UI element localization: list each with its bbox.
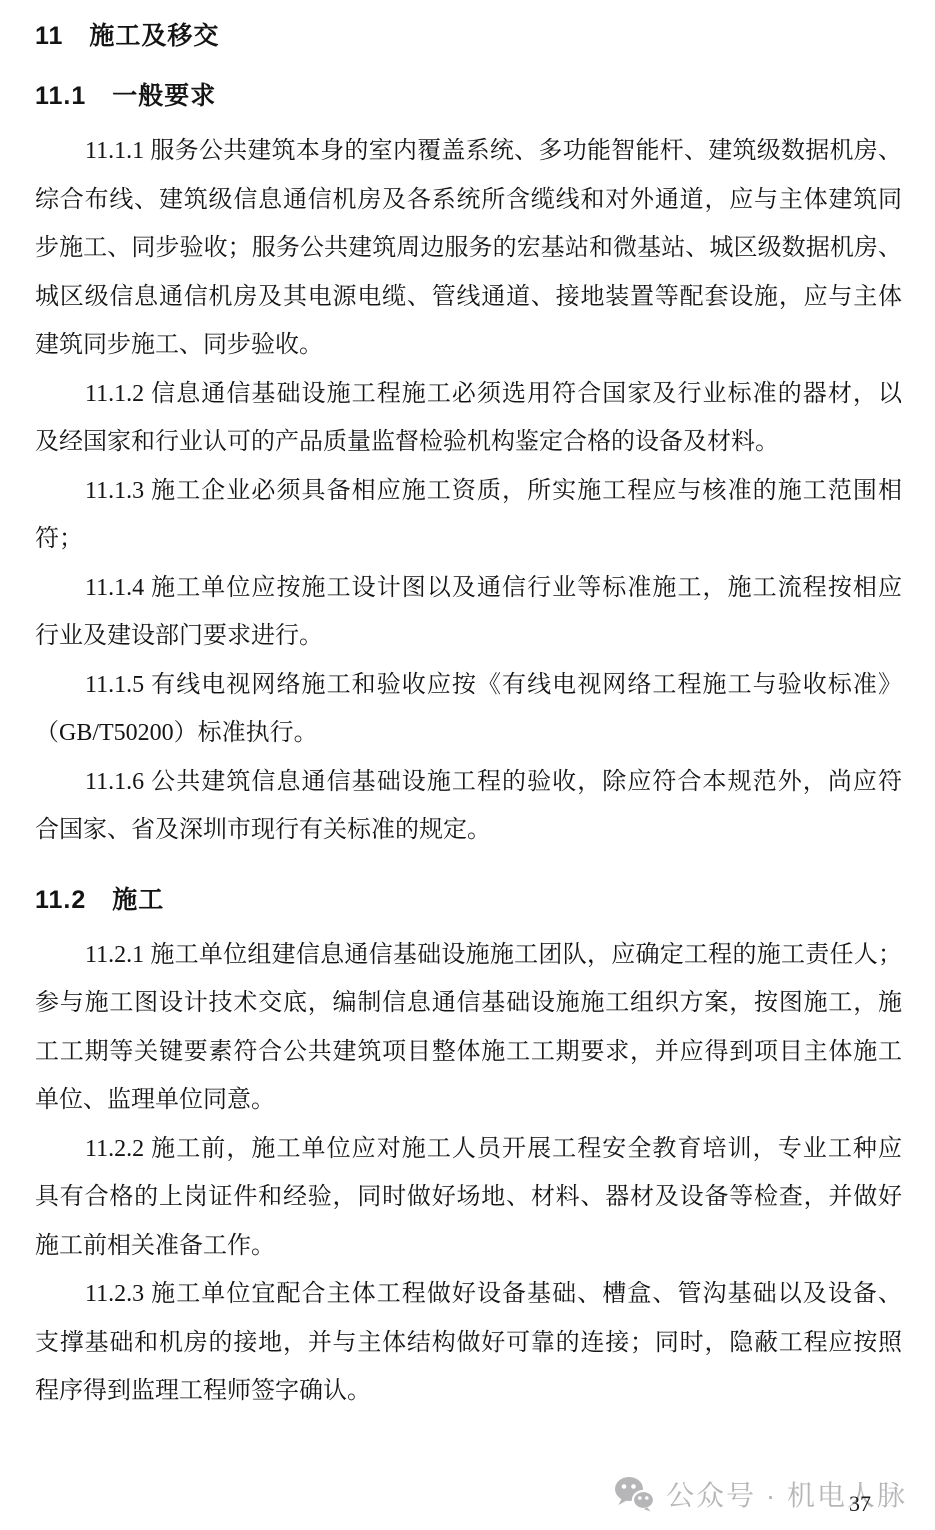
page-number: 37 [849,1491,871,1517]
paragraph-line: 步施工、同步验收；服务公共建筑周边服务的宏基站和微基站、城区级数据机房、 [35,224,902,273]
chapter-heading: 11 施工及移交 [35,21,902,51]
paragraph-line: 11.1.1 服务公共建筑本身的室内覆盖系统、多功能智能杆、建筑级数据机房、 [35,127,902,176]
paragraph-line: 综合布线、建筑级信息通信机房及各系统所含缆线和对外通道，应与主体建筑同 [35,176,902,225]
paragraph-line: 行业及建设部门要求进行。 [35,612,902,661]
paragraph-line: 建筑同步施工、同步验收。 [35,321,902,370]
paragraph-line: 程序得到监理工程师签字确认。 [35,1367,902,1416]
document-content: 11 施工及移交11.1 一般要求11.1.1 服务公共建筑本身的室内覆盖系统、… [35,21,902,1416]
paragraph-line: 11.1.6 公共建筑信息通信基础设施工程的验收，除应符合本规范外，尚应符 [35,758,902,807]
section-heading-11-2: 11.2 施工 [35,885,902,915]
paragraph-line: 及经国家和行业认可的产品质量监督检验机构鉴定合格的设备及材料。 [35,418,902,467]
wechat-icon [613,1476,655,1512]
paragraph-line: 11.2.2 施工前，施工单位应对施工人员开展工程安全教育培训，专业工种应 [35,1125,902,1174]
paragraph-line: 11.2.1 施工单位组建信息通信基础设施施工团队，应确定工程的施工责任人； [35,931,902,980]
paragraph-line: 工工期等关键要素符合公共建筑项目整体施工工期要求，并应得到项目主体施工 [35,1028,902,1077]
paragraph-line: 11.1.2 信息通信基础设施工程施工必须选用符合国家及行业标准的器材，以 [35,370,902,419]
paragraph-line: 合国家、省及深圳市现行有关标准的规定。 [35,806,902,855]
clause-11-1-3: 11.1.3 施工企业必须具备相应施工资质，所实施工程应与核准的施工范围相符； [35,467,902,564]
paragraph-line: 11.1.3 施工企业必须具备相应施工资质，所实施工程应与核准的施工范围相 [35,467,902,516]
clause-11-1-4: 11.1.4 施工单位应按施工设计图以及通信行业等标准施工，施工流程按相应行业及… [35,564,902,661]
paragraph-line: 11.2.3 施工单位宜配合主体工程做好设备基础、槽盒、管沟基础以及设备、 [35,1270,902,1319]
paragraph-line: （GB/T50200）标准执行。 [35,709,902,758]
paragraph-line: 城区级信息通信机房及其电源电缆、管线通道、接地装置等配套设施，应与主体 [35,273,902,322]
clause-11-2-1: 11.2.1 施工单位组建信息通信基础设施施工团队，应确定工程的施工责任人；参与… [35,931,902,1125]
clause-11-2-3: 11.2.3 施工单位宜配合主体工程做好设备基础、槽盒、管沟基础以及设备、支撑基… [35,1270,902,1416]
clause-11-2-2: 11.2.2 施工前，施工单位应对施工人员开展工程安全教育培训，专业工种应具有合… [35,1125,902,1271]
paragraph-line: 符； [35,515,902,564]
clause-11-1-5: 11.1.5 有线电视网络施工和验收应按《有线电视网络工程施工与验收标准》（GB… [35,661,902,758]
paragraph-line: 具有合格的上岗证件和经验，同时做好场地、材料、器材及设备等检查，并做好 [35,1173,902,1222]
section-heading-11-1: 11.1 一般要求 [35,81,902,111]
clause-11-1-1: 11.1.1 服务公共建筑本身的室内覆盖系统、多功能智能杆、建筑级数据机房、综合… [35,127,902,370]
clause-11-1-2: 11.1.2 信息通信基础设施工程施工必须选用符合国家及行业标准的器材，以及经国… [35,370,902,467]
paragraph-line: 支撑基础和机房的接地，并与主体结构做好可靠的连接；同时，隐蔽工程应按照 [35,1319,902,1368]
paragraph-line: 单位、监理单位同意。 [35,1076,902,1125]
clause-11-1-6: 11.1.6 公共建筑信息通信基础设施工程的验收，除应符合本规范外，尚应符合国家… [35,758,902,855]
document-page: 11 施工及移交11.1 一般要求11.1.1 服务公共建筑本身的室内覆盖系统、… [0,0,935,1530]
paragraph-line: 11.1.4 施工单位应按施工设计图以及通信行业等标准施工，施工流程按相应 [35,564,902,613]
paragraph-line: 施工前相关准备工作。 [35,1222,902,1271]
paragraph-line: 参与施工图设计技术交底，编制信息通信基础设施施工组织方案，按图施工，施 [35,979,902,1028]
paragraph-line: 11.1.5 有线电视网络施工和验收应按《有线电视网络工程施工与验收标准》 [35,661,902,710]
